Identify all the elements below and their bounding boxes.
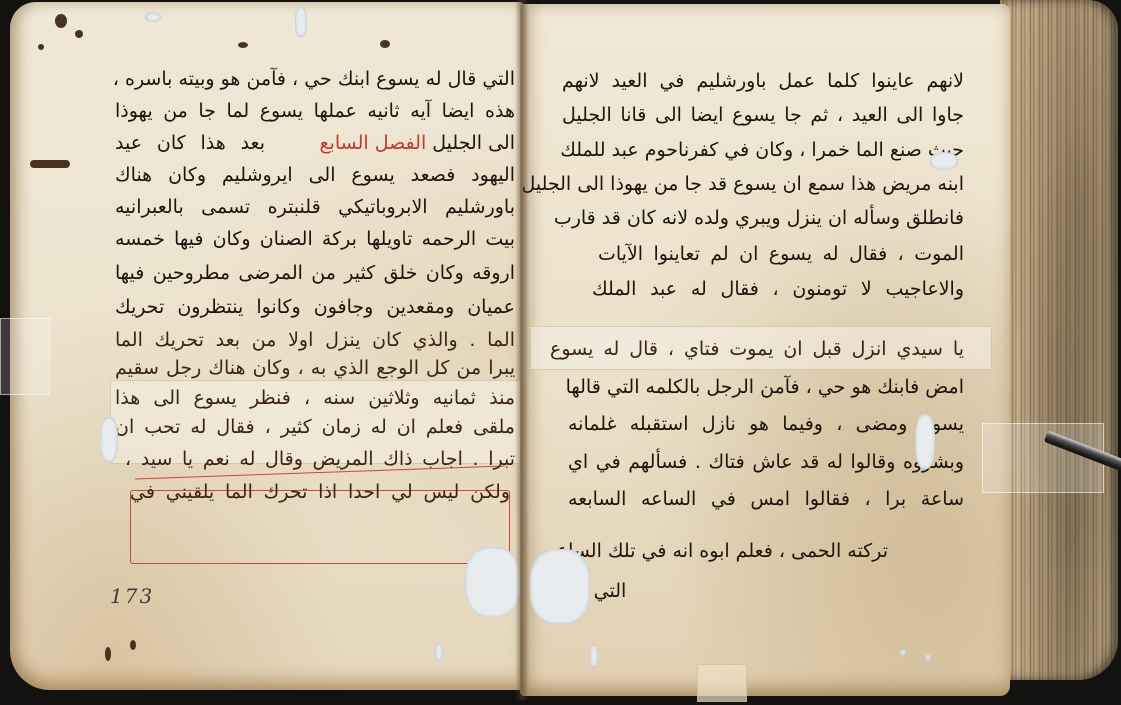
right-line-6: الموت ، فقال له يسوع ان لم تعاينوا الآيا… <box>598 239 964 269</box>
right-line-12: ساعة برا ، فقالوا امس في الساعه السابعه <box>568 484 964 514</box>
left-line-5: باورشليم الابروباتيكي قلنبتره تسمى بالعب… <box>115 192 515 222</box>
wormhole <box>930 152 958 170</box>
right-line-5: فانطلق وسأله ان ينزل ويبري ولده لانه كان… <box>562 203 964 233</box>
chapter-rubric: الفصل السابع <box>319 132 426 154</box>
left-line-4: اليهود فصعد يسوع الى ايروشليم وكان هناك <box>115 160 515 190</box>
left-page: التي قال له يسوع ابنك حي ، فآمن هو وبيته… <box>10 2 525 690</box>
book-gutter <box>515 0 529 700</box>
right-line-13: تركته الحمى ، فعلم ابوه انه في تلك الساع… <box>548 536 888 566</box>
manuscript-photo: التي قال له يسوع ابنك حي ، فآمن هو وبيته… <box>0 0 1121 705</box>
wormhole <box>900 649 906 656</box>
right-line-1: لانهم عاينوا كلما عمل باورشليم في العيد … <box>562 66 964 96</box>
left-line-12: ملقى فعلم ان له زمان كثير ، فقال له تحب … <box>115 412 515 442</box>
wormhole <box>380 40 390 48</box>
left-line-11: منذ ثمانيه وثلاثين سنه ، فنظر يسوع الى ه… <box>115 383 515 413</box>
right-line-3: حيث صنع الما خمرا ، وكان في كفرناحوم عبد… <box>562 135 964 165</box>
wormhole <box>435 642 443 662</box>
left-line-8: عميان ومقعدين وجافون وكانوا ينتظرون تحري… <box>115 292 515 322</box>
text-block-edges <box>1000 0 1118 680</box>
left-line-6: بيت الرحمه تاويلها بركة الصنان وكان فيها… <box>115 224 515 254</box>
paper-loss <box>915 414 935 469</box>
left-line-9: الما . والذي كان ينزل اولا من بعد تحريك … <box>115 325 515 355</box>
wormhole <box>55 14 67 28</box>
left-line-2: هذه ايضا آيه ثانيه عملها يسوع لما جا من … <box>115 96 515 126</box>
left-line-10: يبرا من كل الوجع الذي به ، وكان هناك رجل… <box>115 353 515 383</box>
left-line-1: التي قال له يسوع ابنك حي ، فآمن هو وبيته… <box>115 64 515 94</box>
wormhole <box>145 12 161 22</box>
paper-loss <box>465 547 520 617</box>
wormhole <box>105 647 111 661</box>
wormhole <box>130 640 136 650</box>
right-line-11: وبشروه وقالوا له قد عاش فتاك . فسألهم في… <box>568 447 964 477</box>
left-line-14: ولكن ليس لي احدا اذا تحرك الما يلقيني في <box>130 477 510 507</box>
catchword: التي <box>590 576 630 606</box>
left-line-3b: بعد هذا كان عيد <box>115 128 265 158</box>
repair-patch <box>697 664 747 702</box>
wormhole <box>38 44 44 50</box>
right-page: لانهم عاينوا كلما عمل باورشليم في العيد … <box>520 4 1010 696</box>
acetate-strip <box>0 318 50 395</box>
right-line-7: والاعاجيب لا تومنون ، فقال له عبد الملك <box>592 274 964 304</box>
wormhole <box>30 160 70 168</box>
right-line-10: يسوع ومضى ، وفيما هو نازل استقبله غلمانه <box>568 409 964 439</box>
right-line-9: امض فابنك هو حي ، فآمن الرجل بالكلمه الت… <box>568 372 964 402</box>
right-line-8: يا سيدي انزل قبل ان يموت فتاي ، قال له ي… <box>550 334 964 364</box>
wormhole <box>925 654 931 661</box>
left-line-3: الى الجليل الفصل السابع <box>280 128 515 158</box>
right-line-4: ابنه مريض هذا سمع ان يسوع قد جا من يهوذا… <box>548 169 964 199</box>
left-line-3-text: الى الجليل <box>432 132 515 154</box>
folio-number: 173 <box>110 584 154 608</box>
wormhole <box>238 42 248 48</box>
wormhole <box>295 7 307 37</box>
paper-loss <box>530 549 590 624</box>
right-line-2: جاوا الى العيد ، ثم جا يسوع ايضا الى قان… <box>562 100 964 130</box>
left-line-7: اروقه وكان خلق كثير من المرضى مطروحين في… <box>115 258 515 288</box>
wormhole <box>75 30 83 38</box>
left-line-13: تبرا . اجاب ذاك المريض وقال له نعم يا سي… <box>125 444 515 474</box>
paper-loss <box>100 417 118 462</box>
wormhole <box>590 644 598 668</box>
